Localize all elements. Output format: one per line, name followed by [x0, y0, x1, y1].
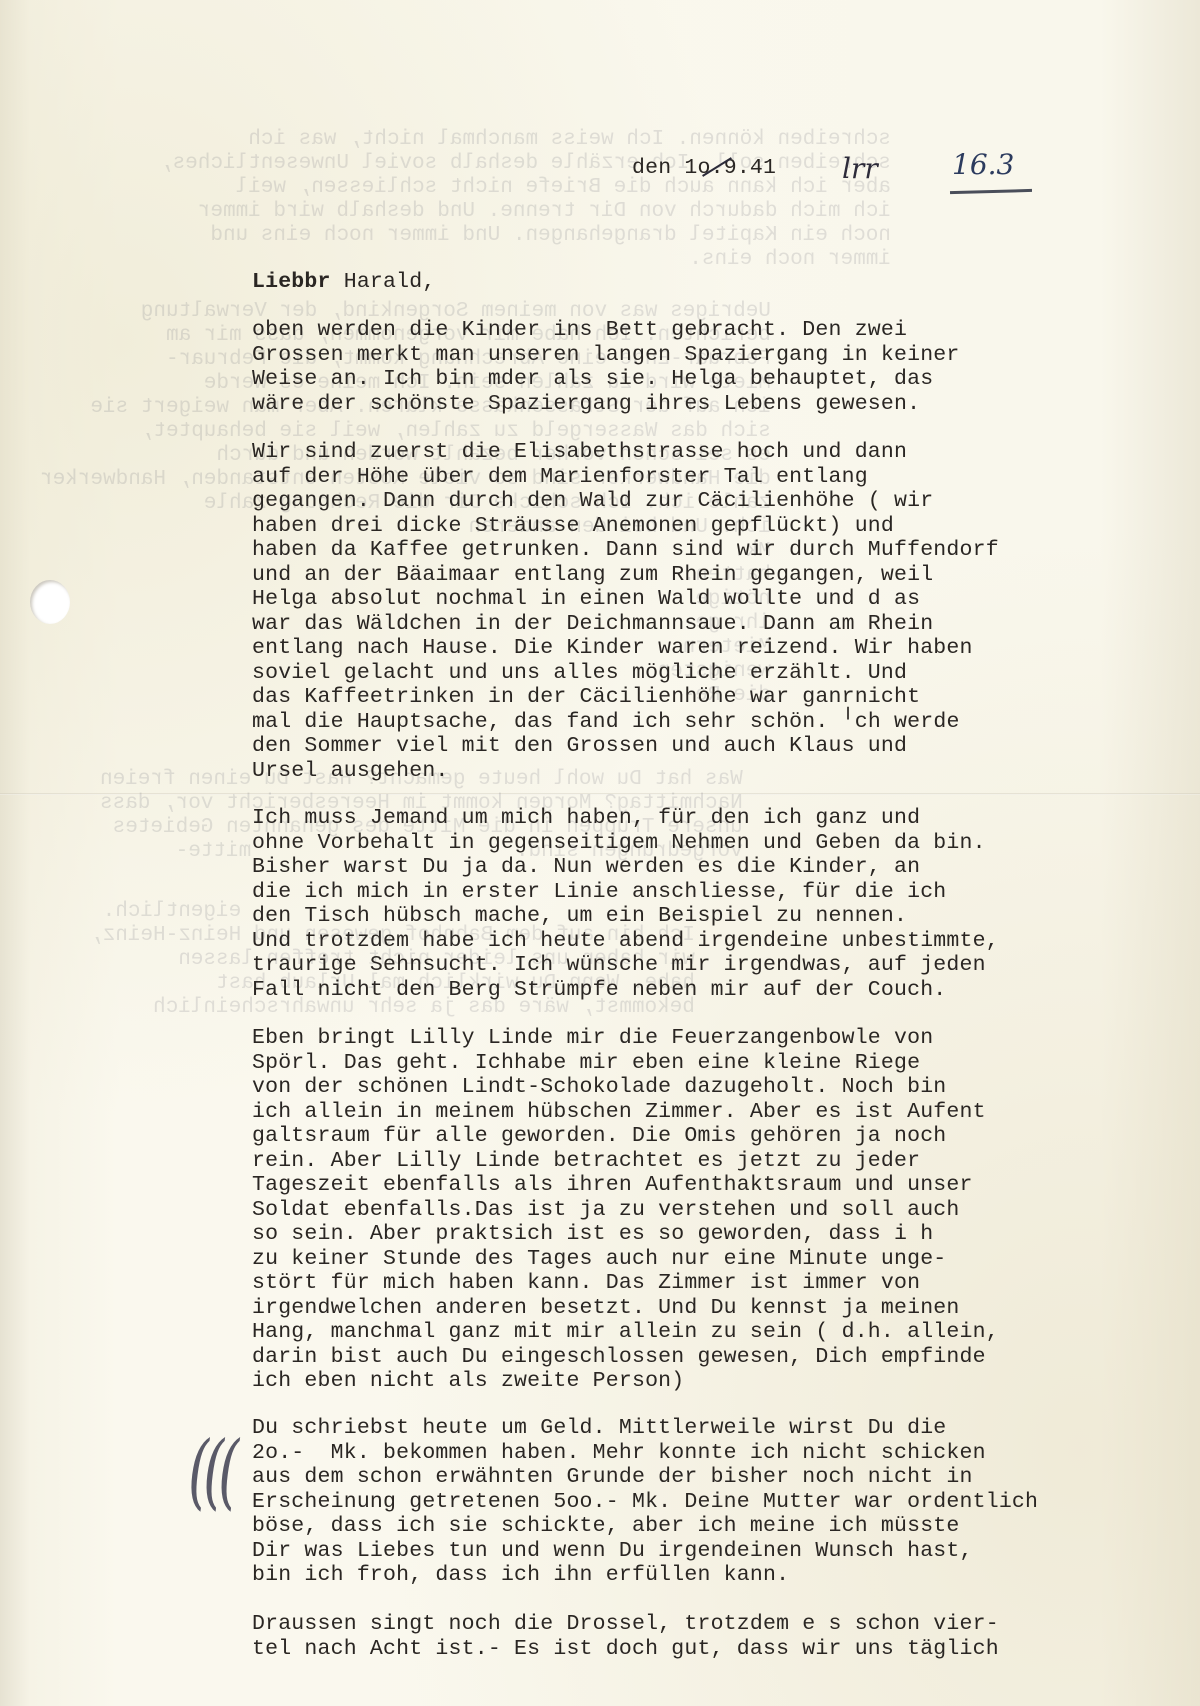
handwritten-initials: lrr — [842, 152, 878, 185]
paragraph-money: Du schriebst heute um Geld. Mittlerweile… — [252, 1416, 1038, 1588]
paper-fold-line — [0, 793, 1200, 795]
handwritten-reference-number: 16.3 — [952, 148, 1014, 181]
punch-hole — [30, 580, 70, 624]
reference-underline — [950, 189, 1032, 194]
paragraph-room: Eben bringt Lilly Linde mir die Feuerzan… — [252, 1026, 999, 1394]
paragraph-thrush: Draussen singt noch die Drossel, trotzde… — [252, 1612, 999, 1661]
bleed-through-text: schreiben können. Ich weiss manchmal nic… — [160, 128, 891, 272]
salutation-overtyped-word: Liebbr — [252, 270, 331, 294]
salutation-name: Harald, — [331, 270, 436, 294]
paragraph-walk-route: Wir sind zuerst die Elisabethstrasse hoc… — [252, 440, 999, 783]
paragraph-longing: Ich muss Jemand um mich haben, für den i… — [252, 806, 999, 1002]
paragraph-kids-to-bed: oben werden die Kinder ins Bett gebracht… — [252, 318, 960, 416]
letter-page: schreiben können. Ich weiss manchmal nic… — [0, 0, 1200, 1706]
letter-date: den 1o.9.41 — [632, 156, 776, 180]
margin-bracket-mark: ((( — [188, 1424, 233, 1519]
salutation: Liebbr Harald, — [252, 270, 435, 294]
